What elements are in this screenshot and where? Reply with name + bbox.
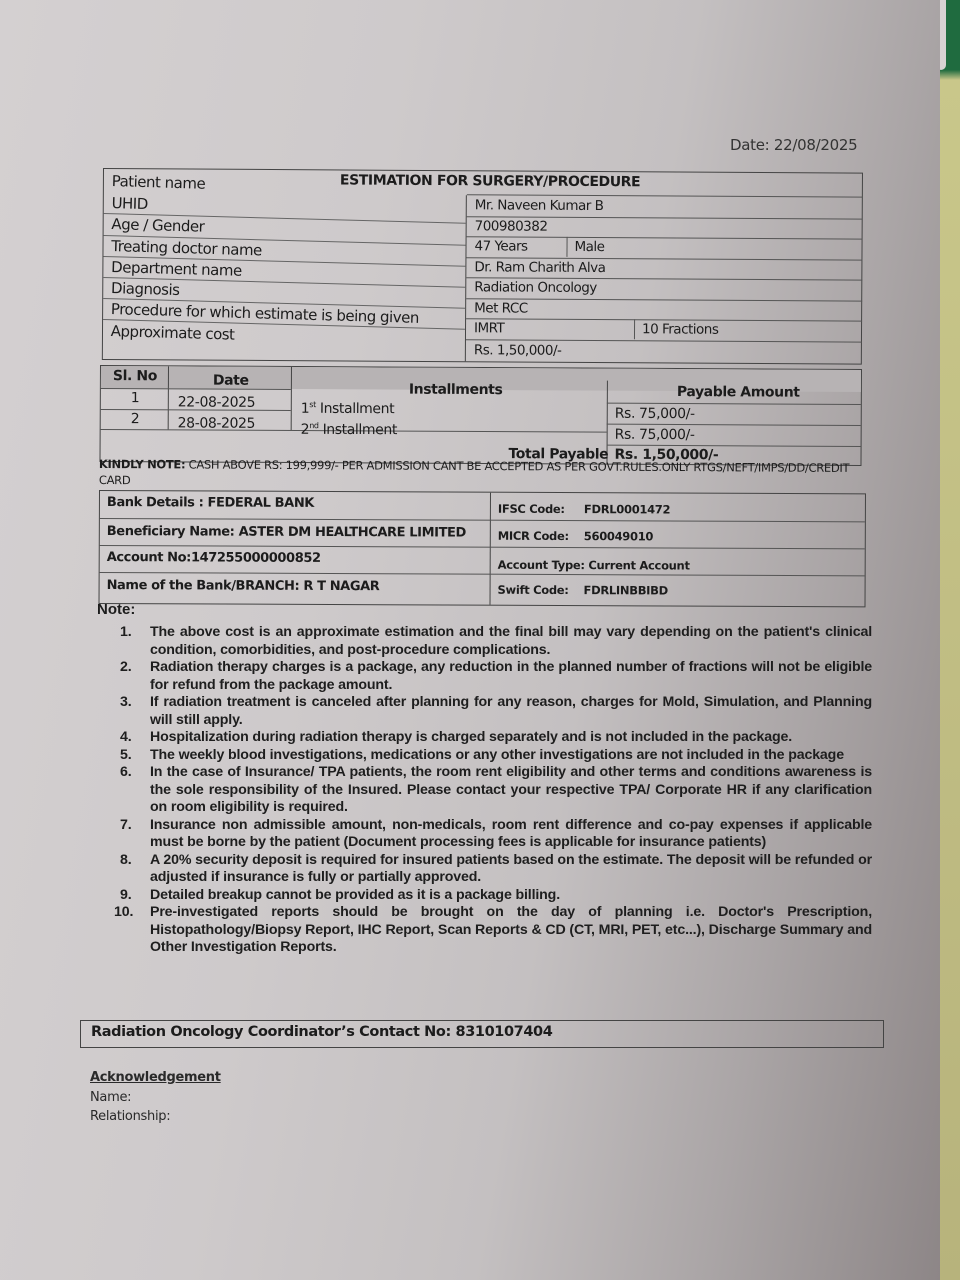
row-cost-value: Rs. 1,50,000/- bbox=[466, 339, 862, 362]
ordinal: 2 bbox=[301, 422, 310, 438]
coordinator-contact-box: Radiation Oncology Coordinator’s Contact… bbox=[80, 1020, 884, 1048]
patient-values-column: Mr. Naveen Kumar B 700980382 47 Years Ma… bbox=[465, 195, 863, 363]
swift-label: Swift Code: bbox=[498, 583, 569, 597]
note-number: 10. bbox=[114, 904, 133, 922]
label-diagnosis: Diagnosis bbox=[111, 279, 180, 299]
row2-installment: 2nd Installment bbox=[301, 421, 397, 438]
divider bbox=[101, 388, 291, 390]
note-item: 2.Radiation therapy charges is a package… bbox=[120, 659, 872, 694]
divider bbox=[634, 319, 635, 339]
notes-list: 1.The above cost is an approximate estim… bbox=[120, 624, 872, 957]
ordinal-suffix: nd bbox=[309, 421, 318, 430]
bank-details: Bank Details : FEDERAL BANK bbox=[107, 495, 314, 511]
notes-heading: Note: bbox=[97, 601, 135, 618]
kindly-note-text: CASH ABOVE RS: 199,999/- PER ADMISSION C… bbox=[99, 457, 849, 487]
patient-details-table: ESTIMATION FOR SURGERY/PROCEDURE Patient… bbox=[102, 168, 863, 365]
note-number: 1. bbox=[120, 624, 132, 642]
treating-doctor: Dr. Ram Charith Alva bbox=[474, 259, 605, 276]
micr-value: 560049010 bbox=[584, 529, 653, 543]
note-text: Detailed breakup cannot be provided as i… bbox=[150, 887, 560, 903]
note-number: 6. bbox=[120, 764, 132, 782]
acknowledgement-relationship-label: Relationship: bbox=[90, 1107, 221, 1127]
note-text: A 20% security deposit is required for i… bbox=[150, 852, 872, 886]
note-number: 7. bbox=[120, 817, 132, 835]
header-sl-no: Sl. No bbox=[113, 368, 157, 384]
divider bbox=[607, 424, 861, 426]
approximate-cost: Rs. 1,50,000/- bbox=[474, 342, 562, 359]
note-item: 6.In the case of Insurance/ TPA patients… bbox=[120, 764, 872, 817]
coordinator-contact: Radiation Oncology Coordinator’s Contact… bbox=[91, 1024, 552, 1040]
patient-name: Mr. Naveen Kumar B bbox=[475, 197, 604, 214]
note-item: 9.Detailed breakup cannot be provided as… bbox=[120, 887, 872, 905]
row2-sl: 2 bbox=[131, 411, 140, 427]
header-installments: Installments bbox=[409, 382, 503, 398]
bank-branch: Name of the Bank/BRANCH: R T NAGAR bbox=[107, 578, 380, 594]
patient-age: 47 Years bbox=[474, 238, 527, 254]
micr-label: MICR Code: bbox=[498, 529, 569, 543]
installments-table: Sl. No Date Installments Payable Amount … bbox=[99, 365, 861, 466]
note-text: Hospitalization during radiation therapy… bbox=[150, 729, 792, 745]
patient-gender: Male bbox=[574, 239, 604, 255]
label-uhid: UHID bbox=[111, 194, 148, 213]
note-text: The above cost is an approximate estimat… bbox=[150, 624, 872, 658]
ordinal: 1 bbox=[301, 401, 310, 417]
ifsc-label: IFSC Code: bbox=[498, 502, 565, 516]
bank-details-table: Bank Details : FEDERAL BANK IFSC Code: F… bbox=[99, 490, 866, 607]
row-patient-name: Patient name bbox=[104, 168, 862, 197]
note-text: The weekly blood investigations, medicat… bbox=[150, 747, 844, 763]
estimate-document: Date: 22/08/2025 ESTIMATION FOR SURGERY/… bbox=[0, 0, 940, 1280]
note-text: Insurance non admissible amount, non-med… bbox=[150, 817, 872, 851]
procedure: IMRT bbox=[474, 320, 504, 336]
acknowledgement-section: Acknowledgement Name: Relationship: bbox=[90, 1068, 221, 1127]
note-item: 10.Pre-investigated reports should be br… bbox=[120, 904, 872, 957]
divider bbox=[607, 403, 861, 405]
acknowledgement-heading: Acknowledgement bbox=[90, 1068, 221, 1088]
row1-date: 22-08-2025 bbox=[178, 394, 255, 410]
account-type: Account Type: Current Account bbox=[498, 558, 690, 573]
note-number: 9. bbox=[120, 887, 132, 905]
note-item: 8.A 20% security deposit is required for… bbox=[120, 852, 872, 887]
note-item: 7.Insurance non admissible amount, non-m… bbox=[120, 817, 872, 852]
header-date: Date bbox=[213, 373, 249, 389]
note-text: If radiation treatment is canceled after… bbox=[150, 694, 872, 728]
diagnosis: Met RCC bbox=[474, 300, 528, 316]
installment-label: Installment bbox=[318, 422, 397, 438]
kindly-note-label: KINDLY NOTE: bbox=[99, 457, 185, 471]
divider bbox=[168, 366, 169, 429]
label-age-gender: Age / Gender bbox=[111, 215, 204, 236]
note-item: 3.If radiation treatment is canceled aft… bbox=[120, 694, 872, 729]
document-date: Date: 22/08/2025 bbox=[730, 136, 857, 154]
note-number: 5. bbox=[120, 747, 132, 765]
account-number: Account No:147255000000852 bbox=[107, 550, 321, 566]
row2-amount: Rs. 75,000/- bbox=[615, 427, 695, 443]
note-text: Radiation therapy charges is a package, … bbox=[150, 659, 872, 693]
beneficiary-name: Beneficiary Name: ASTER DM HEALTHCARE LI… bbox=[107, 524, 466, 541]
row1-installment: 1st Installment bbox=[301, 400, 395, 417]
department: Radiation Oncology bbox=[474, 279, 597, 296]
note-item: 4.Hospitalization during radiation thera… bbox=[120, 729, 872, 747]
divider bbox=[291, 367, 292, 430]
note-item: 1.The above cost is an approximate estim… bbox=[120, 624, 872, 659]
note-item: 5.The weekly blood investigations, medic… bbox=[120, 747, 872, 765]
note-number: 2. bbox=[120, 659, 132, 677]
ifsc-value: FDRL0001472 bbox=[584, 502, 670, 516]
header-payable-amount: Payable Amount bbox=[677, 384, 800, 401]
cash-limit-note: KINDLY NOTE: CASH ABOVE RS: 199,999/- PE… bbox=[99, 456, 869, 492]
fractions: 10 Fractions bbox=[642, 321, 719, 337]
note-text: Pre-investigated reports should be broug… bbox=[150, 904, 872, 955]
divider bbox=[566, 237, 567, 257]
row2-date: 28-08-2025 bbox=[178, 415, 255, 431]
swift-value: FDRLINBBIBD bbox=[584, 583, 668, 597]
note-text: In the case of Insurance/ TPA patients, … bbox=[150, 764, 872, 815]
acknowledgement-name-label: Name: bbox=[90, 1088, 221, 1108]
background-object bbox=[938, 0, 960, 1280]
label-department: Department name bbox=[111, 258, 242, 280]
note-number: 3. bbox=[120, 694, 132, 712]
patient-uhid: 700980382 bbox=[475, 218, 548, 234]
row1-amount: Rs. 75,000/- bbox=[615, 406, 695, 422]
installment-label: Installment bbox=[316, 401, 395, 417]
label-patient-name: Patient name bbox=[111, 172, 205, 193]
row1-sl: 1 bbox=[131, 390, 140, 406]
bank-row-4: Name of the Bank/BRANCH: R T NAGAR Swift… bbox=[100, 572, 865, 605]
note-number: 4. bbox=[120, 729, 132, 747]
label-cost: Approximate cost bbox=[111, 322, 235, 344]
note-number: 8. bbox=[120, 852, 132, 870]
